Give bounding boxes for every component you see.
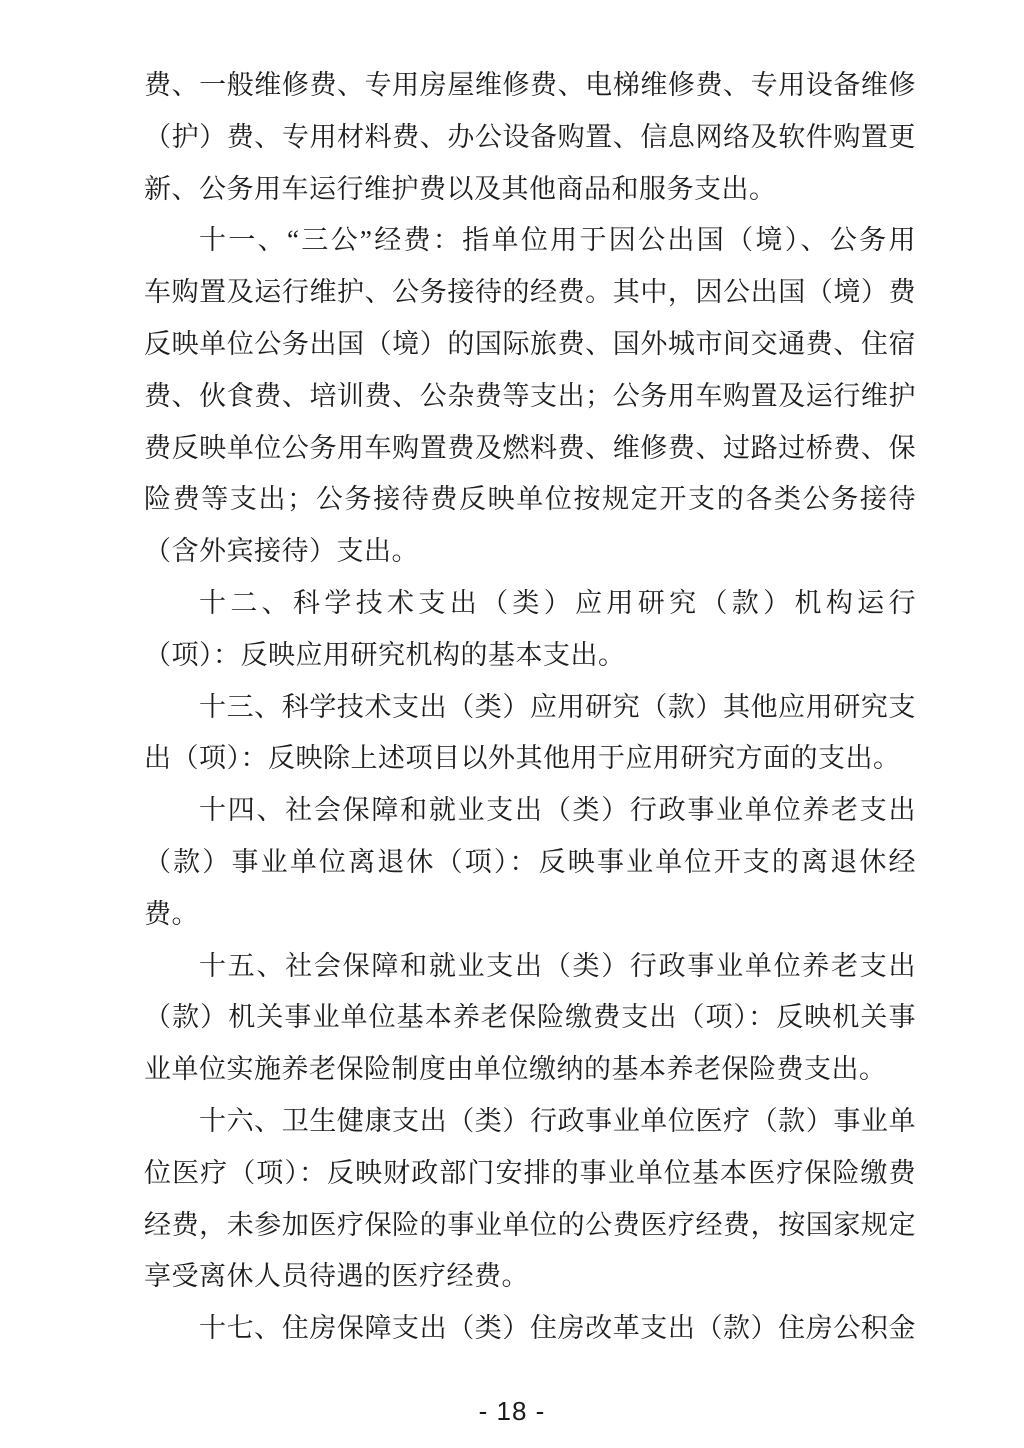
text-line: 十三、科学技术支出（类）应用研究（款）其他应用研究支 [144, 682, 916, 734]
paragraph: 十三、科学技术支出（类）应用研究（款）其他应用研究支 出（项）：反映除上述项目以… [144, 682, 916, 786]
text-line: 反映单位公务出国（境）的国际旅费、国外城市间交通费、住宿 [144, 319, 916, 371]
document-body: 费、一般维修费、专用房屋维修费、电梯维修费、专用设备维修 （护）费、专用材料费、… [144, 60, 916, 1355]
text-line: （含外宾接待）支出。 [144, 526, 916, 578]
paragraph: 十四、社会保障和就业支出（类）行政事业单位养老支出 （款）事业单位离退休（项）：… [144, 785, 916, 940]
text-line: 十六、卫生健康支出（类）行政事业单位医疗（款）事业单 [144, 1096, 916, 1148]
text-line: 位医疗（项）：反映财政部门安排的事业单位基本医疗保险缴费 [144, 1148, 916, 1200]
text-line: 享受离休人员待遇的医疗经费。 [144, 1251, 916, 1303]
text-line: 出（项）：反映除上述项目以外其他用于应用研究方面的支出。 [144, 733, 916, 785]
text-line: 险费等支出；公务接待费反映单位按规定开支的各类公务接待 [144, 474, 916, 526]
text-line: 业单位实施养老保险制度由单位缴纳的基本养老保险费支出。 [144, 1044, 916, 1096]
text-line: （款）机关事业单位基本养老保险缴费支出（项）：反映机关事 [144, 992, 916, 1044]
text-line: 费、一般维修费、专用房屋维修费、电梯维修费、专用设备维修 [144, 60, 916, 112]
text-line: 十七、住房保障支出（类）住房改革支出（款）住房公积金 [144, 1303, 916, 1355]
text-line: 费。 [144, 889, 916, 941]
text-line: （款）事业单位离退休（项）：反映事业单位开支的离退休经 [144, 837, 916, 889]
text-line: 十二、科学技术支出（类）应用研究（款）机构运行 [144, 578, 916, 630]
text-line: （护）费、专用材料费、办公设备购置、信息网络及软件购置更 [144, 112, 916, 164]
text-line: 十一、“三公”经费：指单位用于因公出国（境）、公务用 [144, 215, 916, 267]
document-page: 费、一般维修费、专用房屋维修费、电梯维修费、专用设备维修 （护）费、专用材料费、… [0, 0, 1024, 1448]
text-line: 费反映单位公务用车购置费及燃料费、维修费、过路过桥费、保 [144, 423, 916, 475]
paragraph: 十一、“三公”经费：指单位用于因公出国（境）、公务用 车购置及运行维护、公务接待… [144, 215, 916, 578]
text-line: （项）：反映应用研究机构的基本支出。 [144, 630, 916, 682]
text-line: 新、公务用车运行维护费以及其他商品和服务支出。 [144, 164, 916, 216]
paragraph: 十二、科学技术支出（类）应用研究（款）机构运行 （项）：反映应用研究机构的基本支… [144, 578, 916, 682]
text-line: 十四、社会保障和就业支出（类）行政事业单位养老支出 [144, 785, 916, 837]
paragraph: 费、一般维修费、专用房屋维修费、电梯维修费、专用设备维修 （护）费、专用材料费、… [144, 60, 916, 215]
page-number: - 18 - [0, 1396, 1024, 1427]
paragraph: 十五、社会保障和就业支出（类）行政事业单位养老支出 （款）机关事业单位基本养老保… [144, 941, 916, 1096]
text-line: 十五、社会保障和就业支出（类）行政事业单位养老支出 [144, 941, 916, 993]
paragraph: 十六、卫生健康支出（类）行政事业单位医疗（款）事业单 位医疗（项）：反映财政部门… [144, 1096, 916, 1303]
text-line: 费、伙食费、培训费、公杂费等支出；公务用车购置及运行维护 [144, 371, 916, 423]
text-line: 经费，未参加医疗保险的事业单位的公费医疗经费，按国家规定 [144, 1200, 916, 1252]
text-line: 车购置及运行维护、公务接待的经费。其中，因公出国（境）费 [144, 267, 916, 319]
paragraph: 十七、住房保障支出（类）住房改革支出（款）住房公积金 [144, 1303, 916, 1355]
